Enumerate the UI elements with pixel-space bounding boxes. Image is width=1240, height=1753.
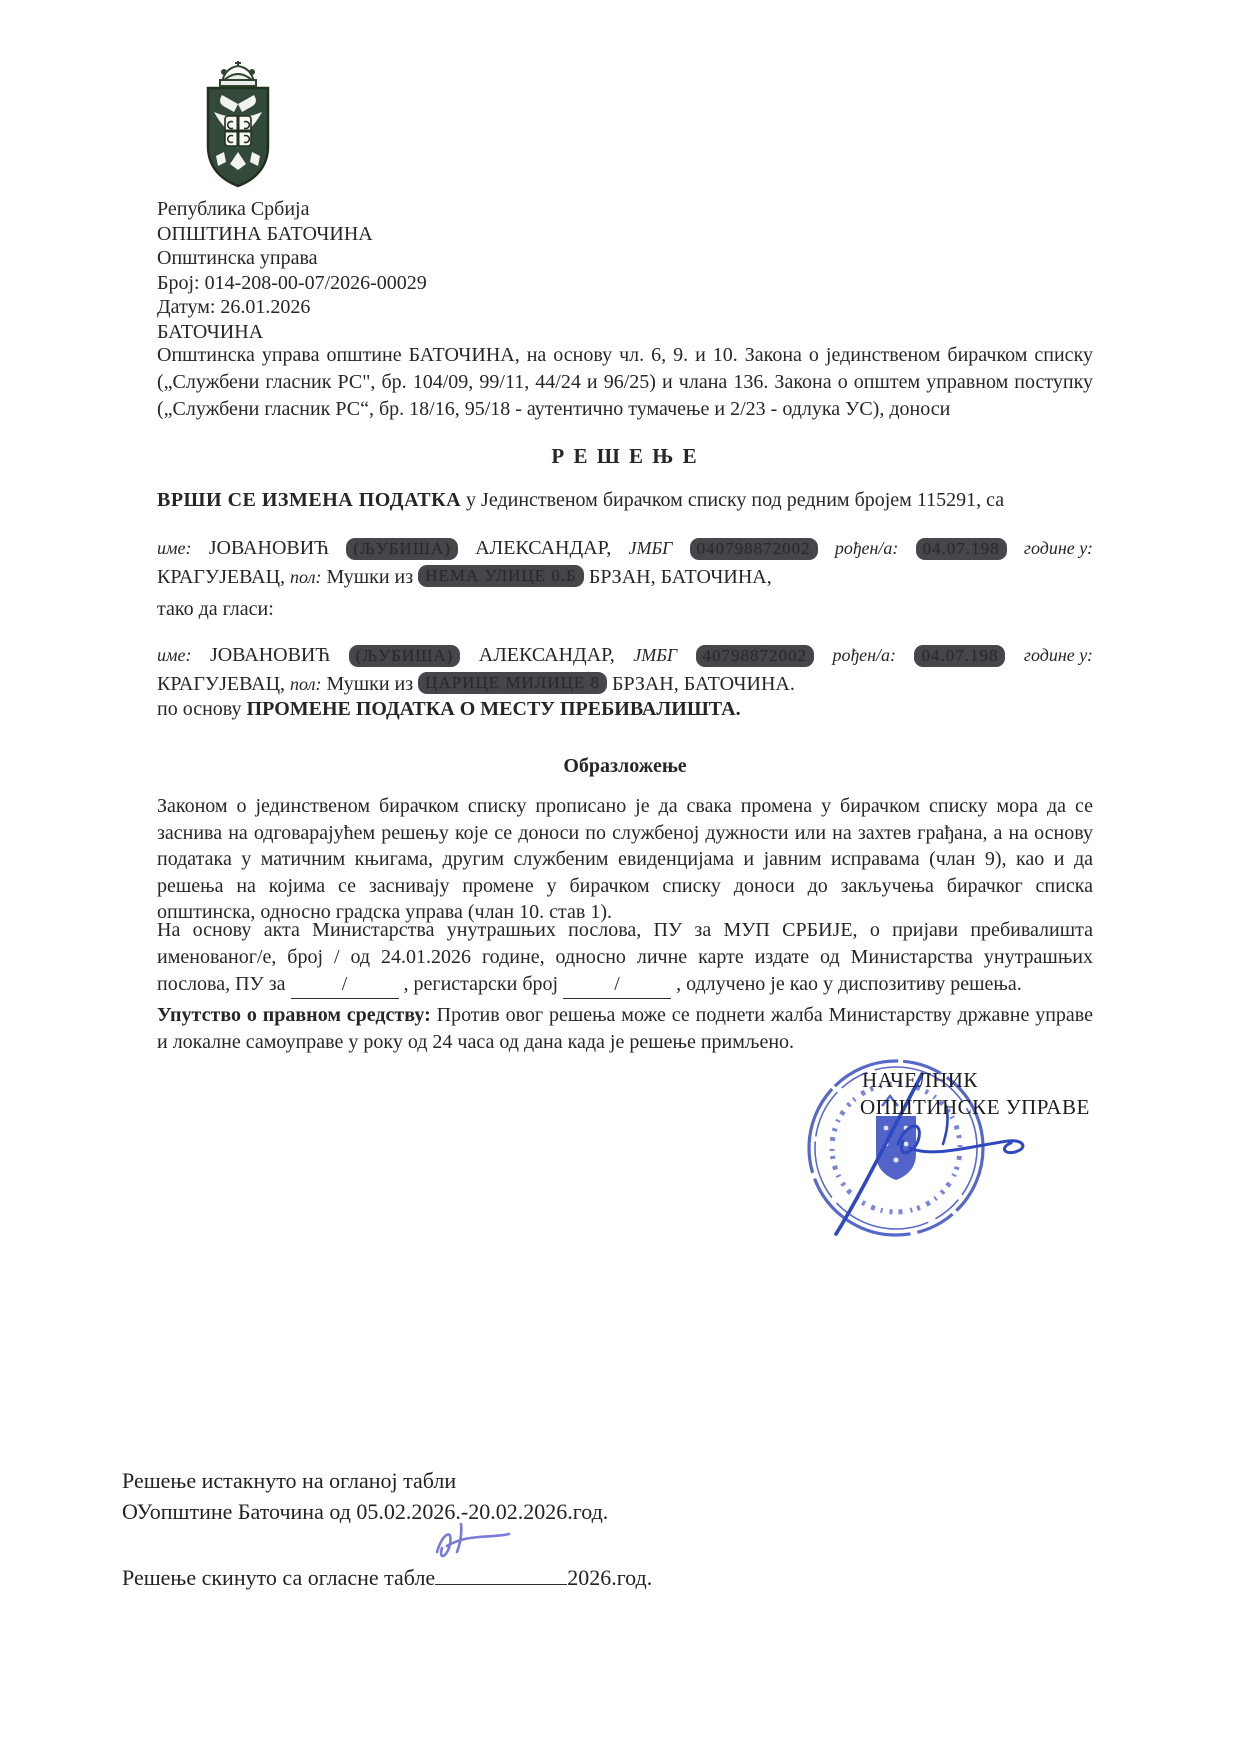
sex-from: Мушки из (326, 566, 413, 588)
redacted-parent-name: (ЉУБИША) (349, 645, 461, 667)
settlement: БРЗАН, БАТОЧИНА, (589, 566, 772, 588)
signer-title-line2: ОПШТИНСКЕ УПРАВЕ (860, 1095, 1090, 1120)
sex-label: пол: (290, 567, 321, 587)
removal-date-blank (435, 1558, 567, 1585)
redacted-jmbg: 40798872002 (696, 645, 815, 667)
form-blank-registry: / (563, 974, 671, 999)
record-new-line2: КРАГУЈЕВАЦ, пол: Мушки из ЦАРИЦЕ МИЛИЦЕ … (157, 670, 1093, 699)
letterhead: Република Србија ОПШТИНА БАТОЧИНА Општин… (157, 197, 427, 344)
redacted-address: НЕМА УЛИЦЕ 0.Б (418, 565, 584, 587)
intro-paragraph: Општинска управа општине БАТОЧИНА, на ос… (157, 342, 1093, 423)
document-page: Република Србија ОПШТИНА БАТОЧИНА Општин… (0, 0, 1240, 1753)
removed-notice-prefix: Решење скинуто са огласне табле (122, 1565, 435, 1590)
dispositive-rest: у Јединственом бирачком списку под редни… (461, 489, 1004, 511)
dispositive-bold: ВРШИ СЕ ИЗМЕНА ПОДАТКА (157, 489, 461, 511)
surname: ЈОВАНОВИЋ (209, 534, 329, 563)
letterhead-place: БАТОЧИНА (157, 320, 427, 345)
redacted-birthdate: 04.07.198 (916, 538, 1007, 560)
voter-record-new: име: ЈОВАНОВИЋ (ЉУБИША) АЛЕКСАНДАР, ЈМБГ… (157, 641, 1093, 699)
basis-bold: ПРОМЕНЕ ПОДАТКА О МЕСТУ ПРЕБИВАЛИШТА. (247, 698, 741, 720)
voter-record-old: име: ЈОВАНОВИЋ (ЉУБИША) АЛЕКСАНДАР, ЈМБГ… (157, 534, 1093, 592)
letterhead-municipality: ОПШТИНА БАТОЧИНА (157, 222, 427, 247)
signer-title-line1: НАЧЕЛНИК (862, 1068, 978, 1093)
dispositive-lead: ВРШИ СЕ ИЗМЕНА ПОДАТКА у Јединственом би… (157, 489, 1093, 512)
jmbg-label: ЈМБГ (628, 534, 672, 563)
year-in-label: године у: (1024, 534, 1093, 563)
redacted-parent-name: (ЉУБИША) (346, 538, 458, 560)
explanation-p2-text-b: , регистарски број (399, 973, 564, 995)
posted-notice-line1: Решење истакнуто на огланој табли (122, 1468, 456, 1494)
redacted-birthdate: 04.07.198 (914, 645, 1005, 667)
explanation-paragraph-1: Законом о јединственом бирачком списку п… (157, 793, 1093, 926)
birth-city: КРАГУЈЕВАЦ, (157, 673, 285, 695)
explanation-paragraph-2: На основу акта Министарства унутрашњих п… (157, 917, 1093, 999)
record-new-line1: име: ЈОВАНОВИЋ (ЉУБИША) АЛЕКСАНДАР, ЈМБГ… (157, 641, 1093, 670)
removed-notice-suffix: 2026.год. (567, 1565, 652, 1590)
letterhead-country: Република Србија (157, 197, 427, 222)
born-label: рођен/а: (832, 641, 896, 670)
given-name: АЛЕКСАНДАР, (475, 534, 611, 563)
sex-label: пол: (290, 674, 321, 694)
basis-line: по основу ПРОМЕНЕ ПОДАТКА О МЕСТУ ПРЕБИВ… (157, 698, 1093, 721)
settlement: БРЗАН, БАТОЧИНА. (612, 673, 795, 695)
born-label: рођен/а: (835, 534, 899, 563)
given-name: АЛЕКСАНДАР, (479, 641, 615, 670)
form-blank-pu: / (291, 974, 399, 999)
removed-notice-line: Решење скинуто са огласне табле2026.год. (122, 1558, 652, 1591)
jmbg-label: ЈМБГ (633, 641, 677, 670)
year-in-label: године у: (1024, 641, 1093, 670)
sex-from: Мушки из (326, 673, 413, 695)
letterhead-administration: Општинска управа (157, 246, 427, 271)
name-label: име: (157, 641, 191, 670)
basis-prefix: по основу (157, 698, 247, 720)
birth-city: КРАГУЈЕВАЦ, (157, 566, 285, 588)
legal-remedy-bold: Упутство о правном средству: (157, 1004, 431, 1026)
posted-notice-line2: ОУопштине Баточина од 05.02.2026.-20.02.… (122, 1499, 608, 1525)
record-old-line1: име: ЈОВАНОВИЋ (ЉУБИША) АЛЕКСАНДАР, ЈМБГ… (157, 534, 1093, 563)
name-label: име: (157, 534, 191, 563)
transition-text: тако да гласи: (157, 598, 274, 621)
serbia-coat-of-arms-icon (192, 60, 284, 190)
letterhead-case-number: Број: 014-208-00-07/2026-00029 (157, 271, 427, 296)
explanation-title: Образложење (157, 755, 1093, 778)
letterhead-date: Датум: 26.01.2026 (157, 295, 427, 320)
redacted-jmbg: 040798872002 (690, 538, 818, 560)
resolution-title: Р Е Ш Е Њ Е (157, 444, 1093, 469)
record-old-line2: КРАГУЈЕВАЦ, пол: Мушки из НЕМА УЛИЦЕ 0.Б… (157, 563, 1093, 592)
redacted-address: ЦАРИЦЕ МИЛИЦЕ 8 (418, 672, 607, 694)
surname: ЈОВАНОВИЋ (210, 641, 330, 670)
explanation-p2-text-c: , одлучено је као у диспозитиву решења. (671, 973, 1022, 995)
